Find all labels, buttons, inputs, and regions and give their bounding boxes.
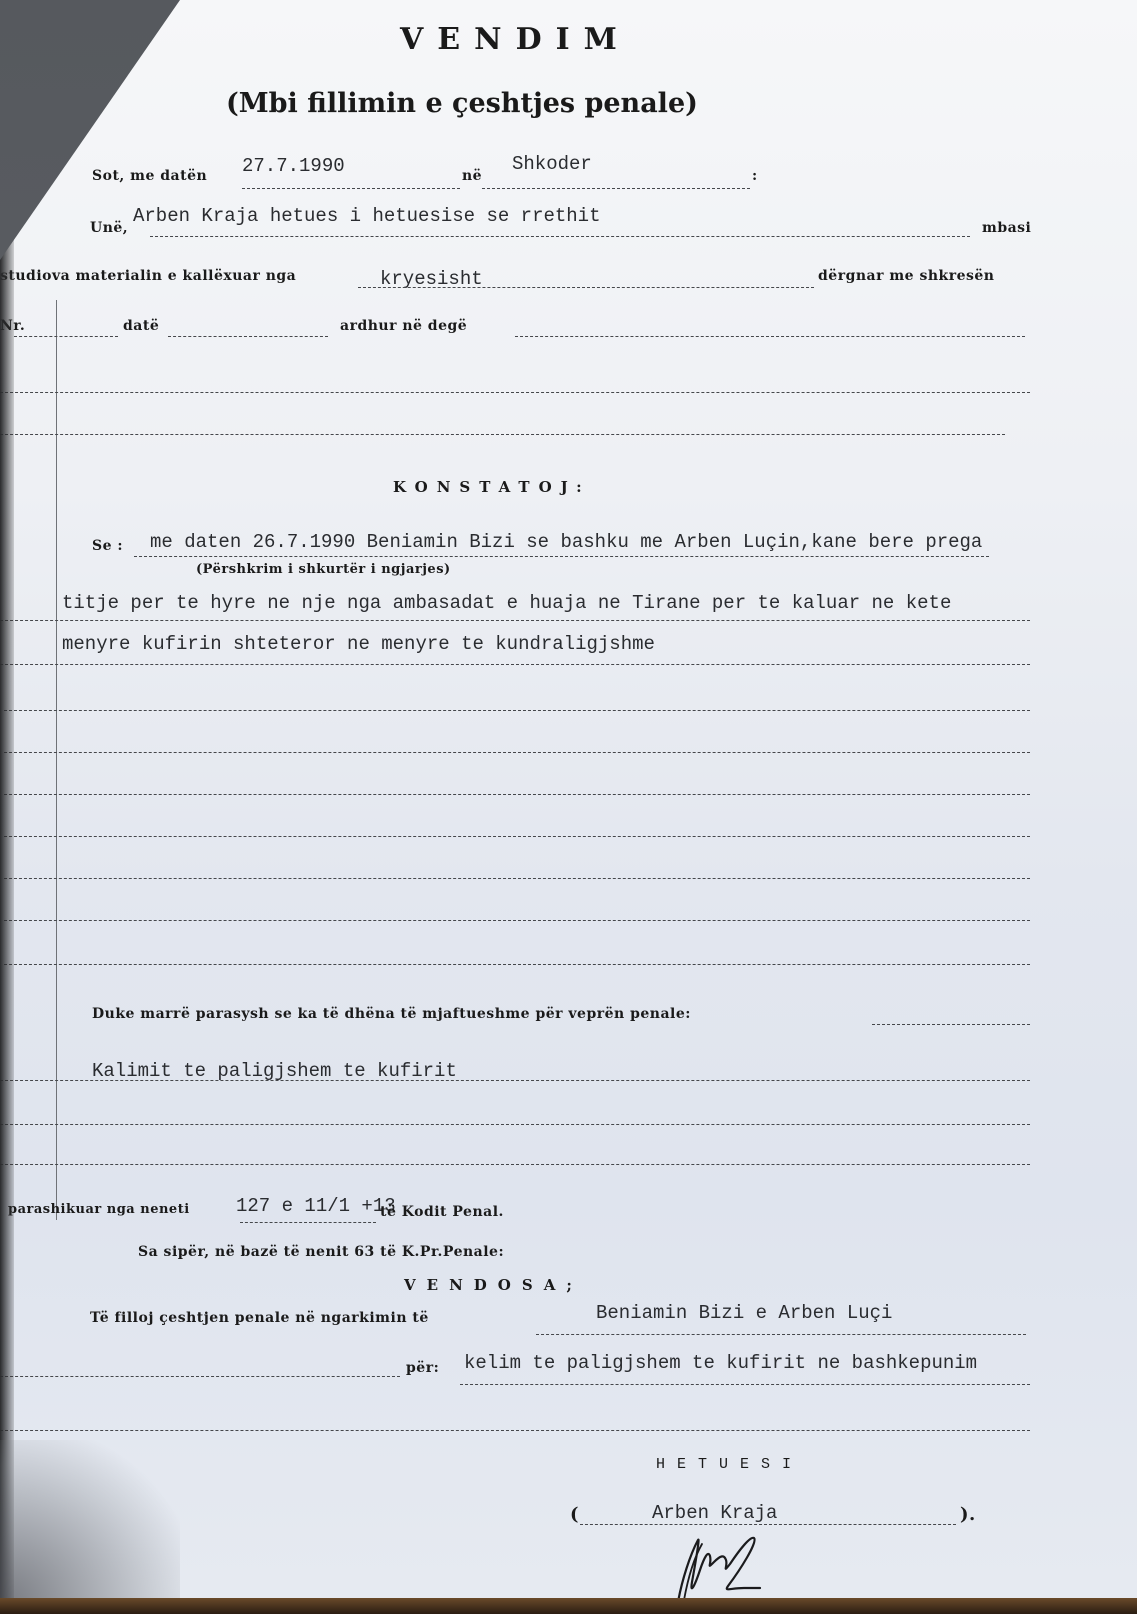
konstatoj-heading: KONSTATOJ:: [393, 478, 591, 496]
blank-rule-7: [4, 878, 1030, 879]
charge-rule: [460, 1384, 1030, 1385]
place-rule: [482, 188, 750, 189]
investigator-rule: [150, 236, 970, 237]
start-label: Të filloj çeshtjen penale në ngarkimin t…: [90, 1310, 429, 1326]
provided-label: parashikuar nga neneti: [8, 1202, 190, 1217]
sent-label: dërgnar me shkresën: [818, 268, 994, 284]
blank-rule-1: [0, 392, 1030, 393]
accused-value: Beniamin Bizi e Arben Luçi: [596, 1302, 892, 1324]
finding-line-1: me daten 26.7.1990 Beniamin Bizi se bash…: [150, 531, 982, 553]
left-edge-shadow: [0, 240, 14, 1600]
finding-rule-1: [134, 556, 989, 557]
nr-rule: [14, 336, 118, 337]
date-label: Sot, me datën: [92, 168, 207, 184]
blank-rule-10: [0, 1124, 1030, 1125]
legal-basis: Sa sipër, në bazë të nenit 63 të K.Pr.Pe…: [138, 1244, 504, 1260]
blank-rule-12: [0, 1430, 1030, 1431]
date2-label: datë: [123, 318, 159, 334]
signature-heading: HETUESI: [656, 1456, 803, 1473]
signature-open-paren: (: [570, 1504, 579, 1525]
document-subtitle: (Mbi fillimin e çeshtjes penale): [226, 88, 698, 119]
une-label: Unë,: [90, 220, 128, 236]
place-value: Shkoder: [512, 153, 592, 175]
se-label: Se :: [92, 538, 123, 554]
material-label: studiova materialin e kallëxuar nga: [0, 268, 296, 284]
bottom-edge-background: [0, 1598, 1137, 1614]
finding-line-2: titje per te hyre ne nje nga ambasadat e…: [62, 592, 951, 614]
arrived-rule: [515, 336, 1025, 337]
charge-prefix-rule: [0, 1376, 400, 1377]
handwritten-signature: [670, 1530, 770, 1600]
date2-rule: [168, 336, 328, 337]
arrived-label: ardhur në degë: [340, 318, 467, 334]
signature-close-paren: ).: [960, 1504, 976, 1525]
considering-rule: [872, 1024, 1030, 1025]
date-value: 27.7.1990: [242, 155, 345, 177]
blank-rule-4: [4, 752, 1030, 753]
date-rule: [242, 188, 460, 189]
document-title: VENDIM: [400, 22, 631, 57]
finding-caption: (Përshkrim i shkurtër i ngjarjes): [196, 562, 451, 577]
blank-rule-3: [4, 710, 1030, 711]
finding-rule-3: [0, 664, 1030, 665]
for-label: për:: [406, 1360, 439, 1376]
accused-rule: [536, 1334, 1026, 1335]
document-page: VENDIM (Mbi fillimin e çeshtjes penale) …: [0, 0, 1137, 1600]
mbasi-label: mbasi: [982, 220, 1031, 236]
bottom-corner-shadow: [0, 1440, 180, 1600]
offense-rule: [0, 1080, 1030, 1081]
considering-label: Duke marrë parasysh se ka të dhëna të mj…: [92, 1006, 691, 1022]
signature-name: Arben Kraja: [652, 1502, 777, 1524]
blank-rule-2: [0, 434, 1005, 435]
code-label: të Kodit Penal.: [380, 1204, 504, 1220]
place-label: në: [462, 168, 482, 184]
charge-value: kelim te paligjshem te kufirit ne bashke…: [464, 1352, 977, 1374]
blank-rule-11: [0, 1164, 1030, 1165]
offense-value: Kalimit te paligjshem te kufirit: [92, 1060, 457, 1082]
blank-rule-9: [4, 964, 1030, 965]
blank-rule-5: [4, 794, 1030, 795]
material-rule: [358, 287, 814, 288]
articles-value: 127 e 11/1 +13: [236, 1195, 396, 1217]
vendosa-heading: VENDOSA;: [404, 1276, 583, 1294]
place-colon: :: [752, 168, 758, 184]
signature-rule: [580, 1524, 956, 1525]
articles-rule: [240, 1222, 376, 1223]
margin-line: [56, 300, 57, 1220]
investigator-value: Arben Kraja hetues i hetuesise se rrethi…: [133, 205, 600, 227]
finding-line-3: menyre kufirin shteteror ne menyre te ku…: [62, 633, 655, 655]
blank-rule-6: [4, 836, 1030, 837]
finding-rule-2: [0, 620, 1030, 621]
blank-rule-8: [4, 920, 1030, 921]
